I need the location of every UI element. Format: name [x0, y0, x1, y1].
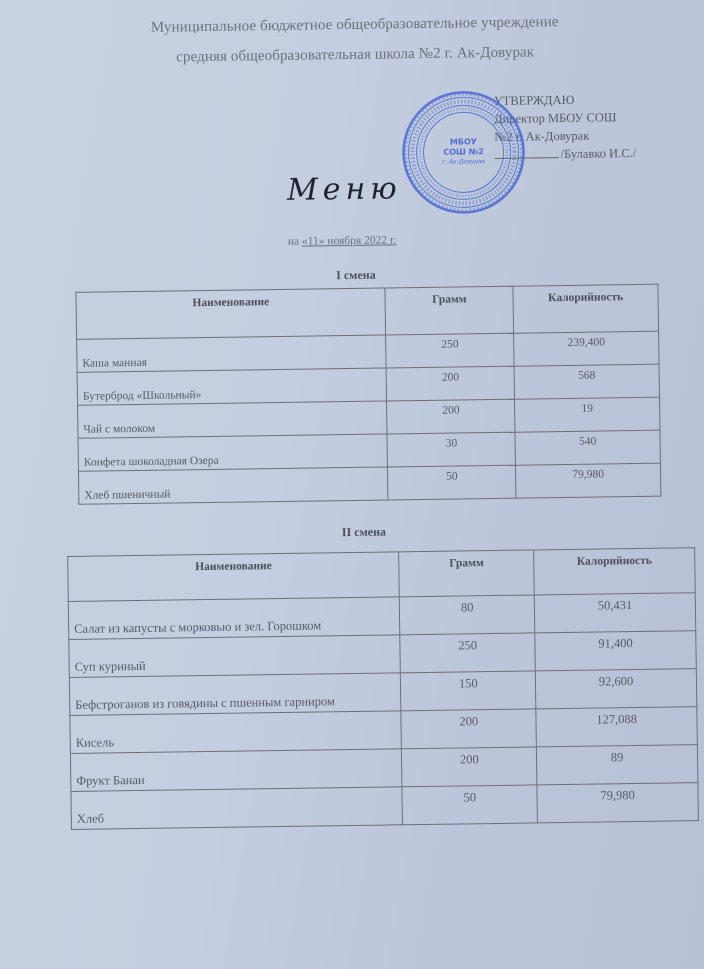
- column-header-calories: Калорийность: [534, 548, 695, 595]
- table-row: Хлеб 50 79,980: [71, 783, 698, 830]
- date-value: «11» ноября 2022 г.: [302, 234, 397, 247]
- organization-name-line-2: средняя общеобразовательная школа №2 г. …: [115, 44, 595, 68]
- dish-name: Суп куриный: [69, 635, 401, 678]
- dish-grams: 150: [401, 671, 536, 711]
- dish-grams: 200: [401, 709, 536, 749]
- shift-2-label: II смена: [342, 525, 386, 541]
- dish-grams: 30: [387, 432, 515, 467]
- dish-grams: 200: [386, 366, 514, 401]
- dish-name: Бутерброд «Школьный»: [77, 368, 387, 405]
- dish-name: Чай с молоком: [78, 401, 388, 438]
- shift-1-label: I смена: [336, 268, 376, 284]
- column-header-calories: Калорийность: [513, 284, 658, 333]
- column-header-name: Наименование: [76, 288, 386, 339]
- stamp-text-2: СОШ №2: [443, 147, 484, 157]
- column-header-grams: Грамм: [385, 286, 513, 335]
- date-prefix: на: [288, 236, 302, 248]
- menu-document: Муниципальное бюджетное общеобразователь…: [0, 0, 704, 969]
- dish-grams: 250: [400, 633, 535, 673]
- dish-calories: 50,431: [534, 593, 695, 633]
- approval-signature-line: /Булавко И.С./: [494, 144, 636, 164]
- dish-name: Салат из капусты с морковью и зел. Горош…: [68, 597, 400, 640]
- column-header-name: Наименование: [68, 552, 400, 602]
- approval-signatory: /Булавко И.С./: [560, 146, 636, 161]
- organization-name-line-1: Муниципальное бюджетное общеобразователь…: [115, 14, 595, 38]
- dish-calories: 239,400: [514, 331, 659, 366]
- dish-calories: 19: [515, 397, 660, 432]
- dish-name: Бефстроганов из говядины с пшенным гарни…: [69, 673, 401, 716]
- shift-1-menu-table: Наименование Грамм Калорийность Каша ман…: [75, 284, 661, 505]
- approval-position: Директор МБОУ СОШ: [494, 108, 636, 128]
- dish-grams: 200: [387, 399, 515, 434]
- approval-heading: УТВЕРЖДАЮ: [494, 90, 636, 110]
- table-row: Хлеб пшеничный 50 79,980: [78, 463, 660, 504]
- page-title: Меню: [287, 171, 402, 208]
- dish-calories: 89: [537, 745, 698, 785]
- dish-calories: 79,980: [537, 783, 698, 823]
- dish-name: Каша манная: [77, 335, 387, 372]
- dish-calories: 79,980: [516, 463, 661, 498]
- dish-calories: 92,600: [535, 669, 696, 709]
- dish-name: Кисель: [70, 711, 402, 754]
- shift-2-menu-table: Наименование Грамм Калорийность Салат из…: [67, 547, 699, 830]
- dish-calories: 540: [515, 430, 660, 465]
- dish-calories: 127,088: [536, 707, 697, 747]
- stamp-text-3: г. Ак-Довурак: [442, 158, 486, 166]
- table-header-row: Наименование Грамм Калорийность: [76, 284, 659, 339]
- dish-name: Конфета шоколадная Озера: [78, 434, 388, 471]
- dish-name: Хлеб пшеничный: [78, 467, 388, 504]
- dish-grams: 250: [386, 333, 514, 368]
- dish-grams: 50: [402, 785, 537, 825]
- signature-blank: [494, 145, 558, 159]
- dish-grams: 200: [402, 747, 537, 787]
- dish-name: Хлеб: [71, 787, 403, 830]
- dish-calories: 568: [514, 364, 659, 399]
- approval-block: УТВЕРЖДАЮ Директор МБОУ СОШ №2 г. Ак-Дов…: [494, 90, 637, 164]
- dish-name: Фрукт Банан: [70, 749, 402, 792]
- dish-calories: 91,400: [535, 631, 696, 671]
- dish-grams: 80: [400, 595, 535, 635]
- menu-date: на «11» ноября 2022 г.: [288, 234, 397, 248]
- column-header-grams: Грамм: [399, 550, 534, 597]
- stamp-text-1: МБОУ: [450, 137, 477, 146]
- approval-school: №2 г. Ак-Довурак: [494, 126, 636, 146]
- dish-grams: 50: [388, 465, 516, 500]
